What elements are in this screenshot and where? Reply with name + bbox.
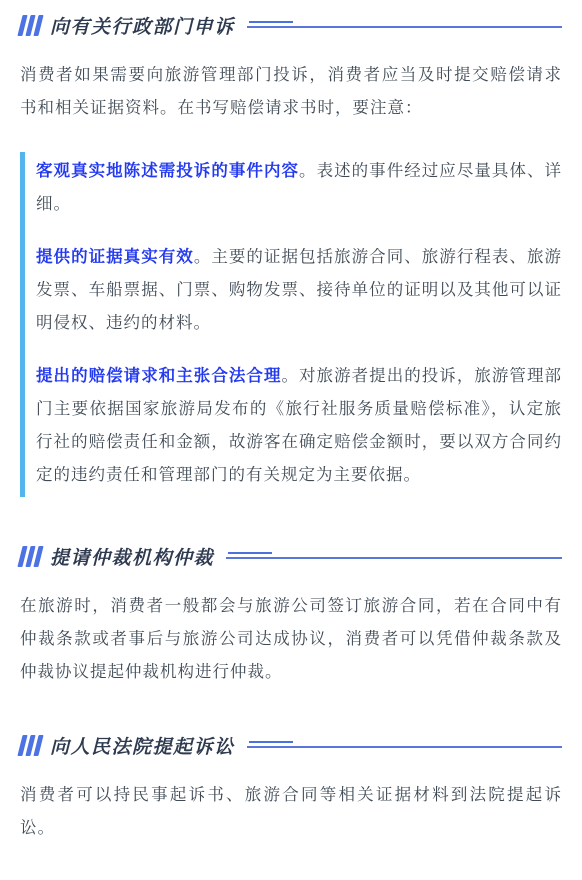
section-administrative-appeal: 向有关行政部门申诉 消费者如果需要向旅游管理部门投诉，消费者应当及时提交赔偿请求… xyxy=(20,12,562,497)
triple-slash-bars-icon xyxy=(20,735,41,756)
section-header: 提请仲裁机构仲裁 xyxy=(20,543,562,569)
triple-slash-bars-icon xyxy=(20,15,41,36)
section-title: 向人民法院提起诉讼 xyxy=(50,732,235,759)
triple-slash-bars-icon xyxy=(20,546,41,567)
section-court-lawsuit: 向人民法院提起诉讼 消费者可以持民事起诉书、旅游合同等相关证据材料到法院提起诉讼… xyxy=(20,732,562,844)
section-title: 向有关行政部门申诉 xyxy=(50,12,235,39)
section-header: 向有关行政部门申诉 xyxy=(20,12,562,38)
callout-lead: 提出的赔偿请求和主张合法合理 xyxy=(36,366,281,385)
section-intro: 消费者如果需要向旅游管理部门投诉，消费者应当及时提交赔偿请求书和相关证据资料。在… xyxy=(20,58,562,124)
header-decorative-rule xyxy=(247,741,562,750)
callout-lead: 客观真实地陈述需投诉的事件内容 xyxy=(36,161,299,180)
callout-item: 提供的证据真实有效。主要的证据包括旅游合同、旅游行程表、旅游发票、车船票据、门票… xyxy=(36,240,562,339)
callout-lead: 提供的证据真实有效 xyxy=(36,247,194,266)
callout-item: 客观真实地陈述需投诉的事件内容。表述的事件经过应尽量具体、详细。 xyxy=(36,154,562,220)
section-intro: 消费者可以持民事起诉书、旅游合同等相关证据材料到法院提起诉讼。 xyxy=(20,778,562,844)
rule-long-segment xyxy=(226,557,562,559)
header-decorative-rule xyxy=(247,21,562,30)
rule-short-segment xyxy=(249,21,293,23)
callout-item: 提出的赔偿请求和主张合法合理。对旅游者提出的投诉，旅游管理部门主要依据国家旅游局… xyxy=(36,359,562,491)
section-header: 向人民法院提起诉讼 xyxy=(20,732,562,758)
rule-short-segment xyxy=(249,741,293,743)
section-arbitration: 提请仲裁机构仲裁 在旅游时，消费者一般都会与旅游公司签订旅游合同，若在合同中有仲… xyxy=(20,543,562,688)
article-page: 向有关行政部门申诉 消费者如果需要向旅游管理部门投诉，消费者应当及时提交赔偿请求… xyxy=(0,0,582,880)
rule-long-segment xyxy=(247,746,562,748)
section-intro: 在旅游时，消费者一般都会与旅游公司签订旅游合同，若在合同中有仲裁条款或者事后与旅… xyxy=(20,589,562,688)
rule-long-segment xyxy=(247,26,562,28)
callout-list: 客观真实地陈述需投诉的事件内容。表述的事件经过应尽量具体、详细。 提供的证据真实… xyxy=(20,152,562,497)
section-title: 提请仲裁机构仲裁 xyxy=(50,543,214,570)
header-decorative-rule xyxy=(226,552,562,561)
rule-short-segment xyxy=(228,552,272,554)
